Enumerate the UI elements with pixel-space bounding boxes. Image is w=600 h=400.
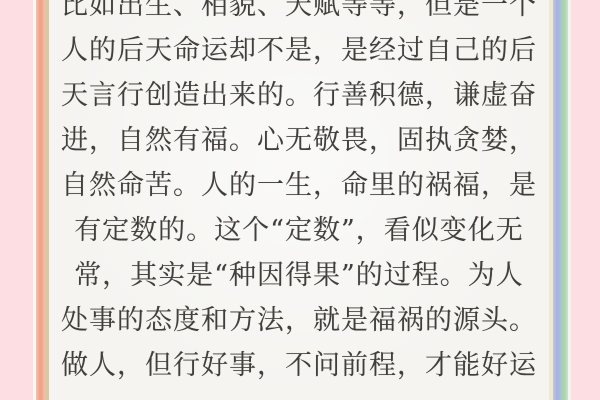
text-line-6: 有定数的。这个“定数”，看似变化无 (49, 208, 549, 253)
right-green-tape-stripe (561, 0, 568, 400)
text-line-5: 自然命苦。人的一生，命里的祸福，是 (49, 163, 549, 208)
text-line-8: 处事的态度和方法，就是福祸的源头。 (49, 298, 549, 343)
text-line-3: 天言行创造出来的。行善积德，谦虚奋 (49, 73, 549, 118)
text-line-9: 做人，但行好事，不问前程，才能好运 (49, 343, 549, 388)
paper-background: 比如出生、相貌、天赋等等，但是一个 人的后天命运却不是，是经过自己的后 天言行创… (49, 0, 549, 400)
right-blue-tape-stripe (553, 0, 561, 400)
quote-image: 比如出生、相貌、天赋等等，但是一个 人的后天命运却不是，是经过自己的后 天言行创… (0, 0, 600, 400)
left-salmon-tape-stripe (36, 0, 45, 400)
text-line-1: 比如出生、相貌、天赋等等，但是一个 (49, 0, 549, 28)
text-line-4: 进，自然有福。心无敬畏，固执贪婪， (49, 118, 549, 163)
text-block: 比如出生、相貌、天赋等等，但是一个 人的后天命运却不是，是经过自己的后 天言行创… (49, 0, 549, 388)
text-line-2: 人的后天命运却不是，是经过自己的后 (49, 28, 549, 73)
text-line-7: 常，其实是“种因得果”的过程。为人 (49, 253, 549, 298)
right-white-stripe (568, 0, 571, 400)
